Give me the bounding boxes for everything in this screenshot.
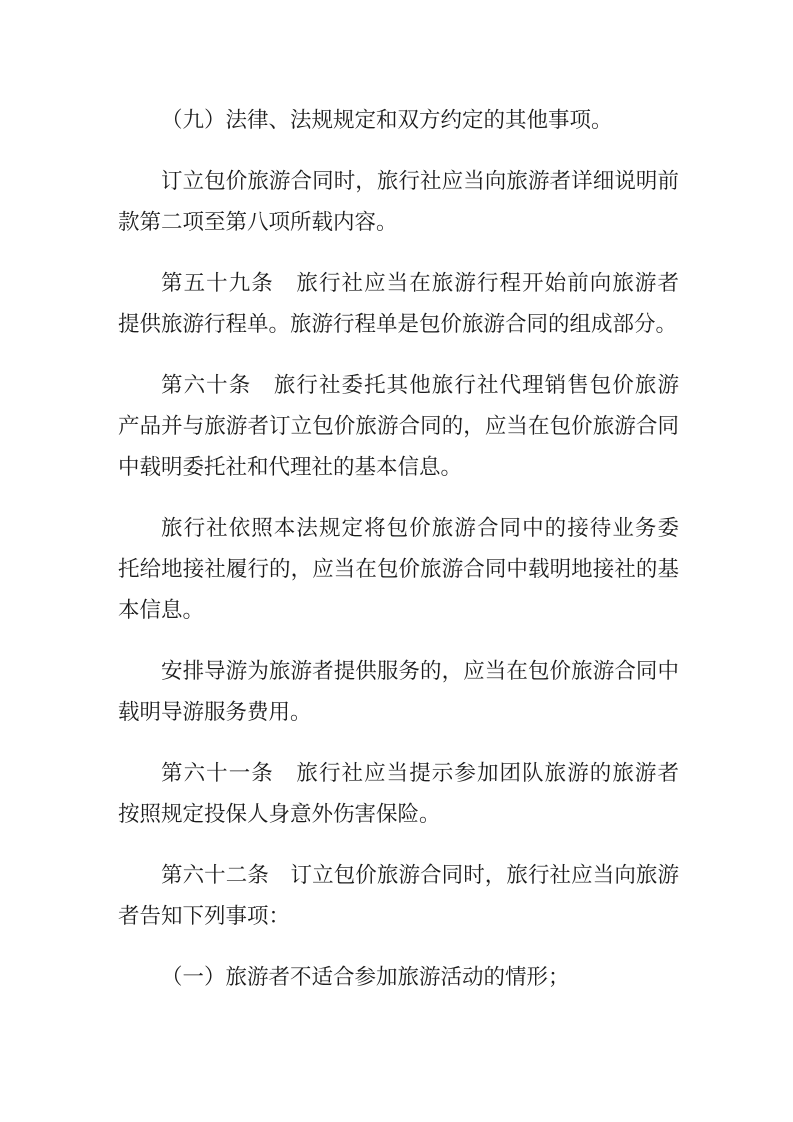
text-line: 安排导游为旅游者提供服务的，应当在包价旅游合同中: [118, 651, 679, 692]
text-line: （一）旅游者不适合参加旅游活动的情形；: [118, 957, 679, 998]
text-line: 第六十条 旅行社委托其他旅行社代理销售包价旅游: [118, 365, 679, 406]
text-line: 按照规定投保人身意外伤害保险。: [118, 794, 679, 835]
text-line: 第六十二条 订立包价旅游合同时，旅行社应当向旅游: [118, 855, 679, 896]
paragraph: 第五十九条 旅行社应当在旅游行程开始前向旅游者提供旅游行程单。旅游行程单是包价旅…: [118, 263, 679, 345]
paragraph: 旅行社依照本法规定将包价旅游合同中的接待业务委托给地接社履行的，应当在包价旅游合…: [118, 508, 679, 631]
text-line: 第六十一条 旅行社应当提示参加团队旅游的旅游者: [118, 753, 679, 794]
text-line: 载明导游服务费用。: [118, 692, 679, 733]
paragraph: （一）旅游者不适合参加旅游活动的情形；: [118, 957, 679, 998]
text-line: 提供旅游行程单。旅游行程单是包价旅游合同的组成部分。: [118, 304, 679, 345]
paragraph: 第六十二条 订立包价旅游合同时，旅行社应当向旅游者告知下列事项：: [118, 855, 679, 937]
text-line: 旅行社依照本法规定将包价旅游合同中的接待业务委: [118, 508, 679, 549]
text-line: 本信息。: [118, 590, 679, 631]
text-line: 款第二项至第八项所载内容。: [118, 202, 679, 243]
paragraph: 第六十条 旅行社委托其他旅行社代理销售包价旅游产品并与旅游者订立包价旅游合同的，…: [118, 365, 679, 488]
document-body: （九）法律、法规规定和双方约定的其他事项。订立包价旅游合同时，旅行社应当向旅游者…: [118, 100, 679, 998]
text-line: （九）法律、法规规定和双方约定的其他事项。: [118, 100, 679, 141]
text-line: 中载明委托社和代理社的基本信息。: [118, 447, 679, 488]
text-line: 者告知下列事项：: [118, 896, 679, 937]
text-line: 产品并与旅游者订立包价旅游合同的，应当在包价旅游合同: [118, 406, 679, 447]
paragraph: 第六十一条 旅行社应当提示参加团队旅游的旅游者按照规定投保人身意外伤害保险。: [118, 753, 679, 835]
text-line: 托给地接社履行的，应当在包价旅游合同中载明地接社的基: [118, 549, 679, 590]
paragraph: 订立包价旅游合同时，旅行社应当向旅游者详细说明前款第二项至第八项所载内容。: [118, 161, 679, 243]
document-page: （九）法律、法规规定和双方约定的其他事项。订立包价旅游合同时，旅行社应当向旅游者…: [0, 0, 793, 1122]
text-line: 订立包价旅游合同时，旅行社应当向旅游者详细说明前: [118, 161, 679, 202]
paragraph: （九）法律、法规规定和双方约定的其他事项。: [118, 100, 679, 141]
text-line: 第五十九条 旅行社应当在旅游行程开始前向旅游者: [118, 263, 679, 304]
paragraph: 安排导游为旅游者提供服务的，应当在包价旅游合同中载明导游服务费用。: [118, 651, 679, 733]
